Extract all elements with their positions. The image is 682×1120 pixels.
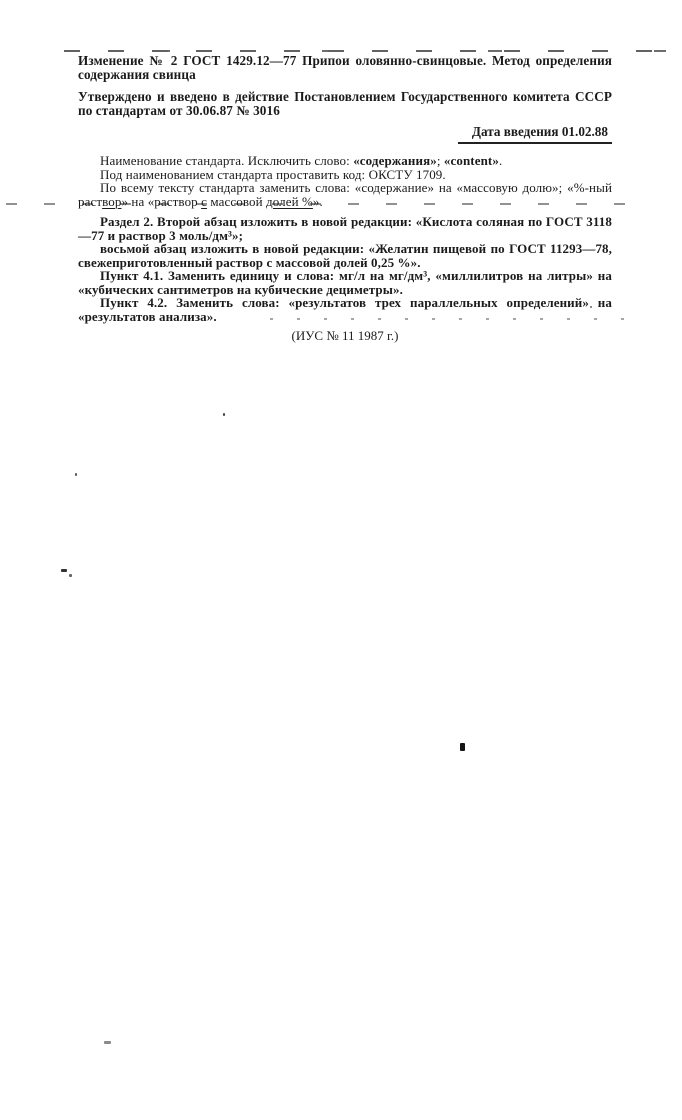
text-run: . [499,153,502,168]
scanned-document-page: Изменение № 2 ГОСТ 1429.12—77 Припои оло… [0,0,682,1120]
text-run: ». [313,194,323,209]
amendment-title: Изменение № 2 ГОСТ 1429.12—77 Припои оло… [78,54,612,82]
scan-artifact-dashed-line-top [64,50,666,52]
text-run: Пункт 4.1. Заменить единицу и слова: мг/… [78,268,612,297]
para-title-exclusion: Наименование стандарта. Исключить слово:… [78,154,612,168]
approval-note: Утверждено и введено в действие Постанов… [78,90,612,118]
scan-speck [460,743,465,751]
scan-speck [104,1041,111,1044]
scan-speck [69,574,72,577]
para-clause-4-1: Пункт 4.1. Заменить единицу и слова: мг/… [78,269,612,296]
text-run: Раздел 2. Второй абзац изложить в новой … [78,214,612,243]
scan-speck [75,473,77,476]
effective-date: Дата введения 01.02.88 [458,125,612,144]
text-run: «content» [444,153,499,168]
text-run: долей % [266,194,313,209]
text-run: » на «раствор [121,194,201,209]
para-section-2: Раздел 2. Второй абзац изложить в новой … [78,215,612,242]
para-eighth-paragraph: восьмой абзац изложить в новой редакции:… [78,242,612,269]
amendment-body: Наименование стандарта. Исключить слово:… [78,154,612,323]
source-note: (ИУС № 11 1987 г.) [78,329,612,343]
scan-speck [223,413,225,416]
text-run: восьмой абзац изложить в новой редакции:… [78,241,612,270]
document-content: Изменение № 2 ГОСТ 1429.12—77 Припои оло… [78,54,612,343]
effective-date-row: Дата введения 01.02.88 [78,123,612,144]
para-global-replacement: По всему тексту стандарта заменить слова… [78,181,612,208]
text-run: вор [102,194,121,209]
para-clause-4-2: Пункт 4.2. Заменить слова: «результатов … [78,296,612,323]
para-okstu-code: Под наименованием стандарта проставить к… [78,168,612,182]
text-run: массовой [207,194,266,209]
scan-speck [61,569,67,572]
text-run: Пункт 4.2. Заменить слова: «результатов … [78,295,612,324]
